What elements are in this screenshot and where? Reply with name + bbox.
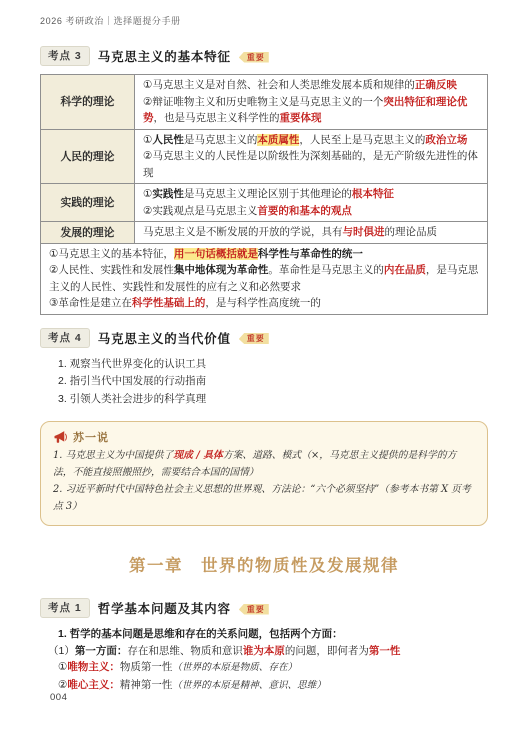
row-header: 科学的理论: [41, 75, 135, 130]
text-segment: 谁为本原: [243, 645, 285, 657]
text-segment: 物质第一性: [120, 661, 173, 673]
kaodian3-title: 马克思主义的基本特征: [98, 47, 231, 65]
table-row: 人民的理论 ①人民性是马克思主义的本质属性，人民至上是马克思主义的政治立场②马克…: [41, 129, 488, 184]
important-tag-icon: 重要: [239, 52, 269, 63]
kaodian4-badge: 考点 4: [40, 328, 90, 348]
su-yi-shuo-note-box: 苏一说 1. 马克思主义为中国提供了现成 / 具体方案、道路、模式（×，马克思主…: [40, 421, 488, 526]
kaodian3-badge: 考点 3: [40, 46, 90, 66]
text-segment: 实践性: [152, 188, 184, 200]
text-segment: ③革命性是建立在: [49, 297, 132, 309]
text-line: ①唯物主义：物质第一性（世界的本原是物质、存在）: [58, 659, 488, 677]
text-segment: 科学性基础上的: [132, 297, 206, 309]
text-segment: 用一句话概括就是: [174, 248, 258, 260]
text-segment: 1. 马克思主义为中国提供了: [53, 450, 173, 461]
list-item: 1. 观察当代世界变化的认识工具: [58, 356, 488, 374]
text-segment: 。革命性是马克思主义的: [268, 264, 384, 276]
text-line: ②马克思主义的人民性是以阶级性为深刻基础的，是无产阶级先进性的体现: [143, 148, 479, 181]
row-header: 人民的理论: [41, 129, 135, 184]
kaodian1-title: 哲学基本问题及其内容: [98, 599, 231, 617]
row-content: ①实践性是马克思主义理论区别于其他理论的根本特征②实践观点是马克思主义首要的和基…: [135, 184, 488, 222]
text-segment: 正确反映: [415, 79, 457, 91]
text-segment: 是马克思主义理论区别于其他理论的: [184, 188, 352, 200]
text-segment: 第一性: [369, 645, 401, 657]
text-segment: ①: [143, 188, 152, 200]
note-box-content: 1. 马克思主义为中国提供了现成 / 具体方案、道路、模式（×，马克思主义提供的…: [53, 448, 475, 515]
text-segment: 根本特征: [352, 188, 394, 200]
text-segment: 的理论品质: [385, 226, 438, 238]
list-item: 3. 引领人类社会进步的科学真理: [58, 391, 488, 409]
textbook-page: 2026 考研政治｜选择题提分手册 考点 3 马克思主义的基本特征 重要 科学的…: [0, 0, 525, 738]
text-segment: （世界的本原是精神、意识、思维）: [172, 680, 326, 691]
text-segment: 1. 哲学的基本问题是思维和存在的关系问题，包括两个方面：: [58, 628, 343, 640]
text-line: 马克思主义是不断发展的开放的学说，具有与时俱进的理论品质: [143, 224, 479, 241]
note-box-title: 苏一说: [73, 429, 109, 445]
chapter-title: 第一章 世界的物质性及发展规律: [40, 552, 488, 576]
text-line: ②辩证唯物主义和历史唯物主义是马克思主义的一个突出特征和理论优势，也是马克思主义…: [143, 94, 479, 127]
text-segment: 马克思主义是不断发展的开放的学说，具有: [143, 226, 343, 238]
text-segment: 政治立场: [425, 134, 467, 146]
running-header: 2026 考研政治｜选择题提分手册: [40, 14, 488, 27]
text-segment: 人民性: [152, 134, 184, 146]
kaodian1-heading: 考点 1 哲学基本问题及其内容 重要: [40, 598, 488, 618]
text-segment: 存在和思维、物质和意识: [127, 645, 243, 657]
text-segment: 第一方面：: [75, 645, 128, 657]
text-segment: 是马克思主义的: [184, 134, 258, 146]
text-segment: 与时俱进: [343, 226, 385, 238]
kaodian4-heading: 考点 4 马克思主义的当代价值 重要: [40, 328, 488, 348]
text-segment: 唯物主义：: [67, 661, 120, 673]
text-segment: （1）: [48, 645, 75, 657]
text-segment: 2. 习近平新时代中国特色社会主义思想的世界观、方法论：“六个必须坚持”（参考本…: [53, 484, 471, 512]
kaodian4-title: 马克思主义的当代价值: [98, 329, 231, 347]
text-line: ②唯心主义：精神第一性（世界的本原是精神、意识、思维）: [58, 677, 488, 695]
text-segment: 重要体现: [280, 112, 322, 124]
text-segment: ，也是马克思主义科学性的: [154, 112, 280, 124]
text-segment: ②: [58, 679, 67, 691]
text-segment: ②马克思主义的人民性是以阶级性为深刻基础的，是无产阶级先进性的体现: [143, 150, 478, 179]
note-box-header: 苏一说: [53, 429, 475, 445]
text-line: ①实践性是马克思主义理论区别于其他理论的根本特征: [143, 186, 479, 203]
text-line: ①马克思主义的基本特征，用一句话概括就是科学性与革命性的统一: [49, 246, 479, 263]
text-segment: ②实践观点是马克思主义: [143, 205, 257, 217]
table-row: 发展的理论 马克思主义是不断发展的开放的学说，具有与时俱进的理论品质: [41, 222, 488, 244]
text-segment: ②人民性、实践性和发展性: [49, 264, 174, 276]
row-content: ①人民性是马克思主义的本质属性，人民至上是马克思主义的政治立场②马克思主义的人民…: [135, 129, 488, 184]
text-line: ②人民性、实践性和发展性集中地体现为革命性。革命性是马克思主义的内在品质，是马克…: [49, 262, 479, 295]
text-segment: ②辩证唯物主义和历史唯物主义是马克思主义的一个: [143, 96, 383, 108]
text-segment: 精神第一性: [120, 679, 173, 691]
kaodian3-heading: 考点 3 马克思主义的基本特征 重要: [40, 46, 488, 66]
text-segment: ①: [143, 134, 152, 146]
text-segment: 的问题，即何者为: [285, 645, 369, 657]
text-segment: ①: [58, 661, 67, 673]
text-line: （1）第一方面：存在和思维、物质和意识谁为本原的问题，即何者为第一性: [48, 643, 488, 660]
text-segment: 集中地体现为革命性: [174, 264, 269, 276]
table-note-row: ①马克思主义的基本特征，用一句话概括就是科学性与革命性的统一②人民性、实践性和发…: [41, 243, 488, 314]
text-segment: 科学性与革命性的统一: [258, 248, 363, 260]
kaodian1-content: 1. 哲学的基本问题是思维和存在的关系问题，包括两个方面：（1）第一方面：存在和…: [58, 626, 488, 694]
text-segment: ，人民至上是马克思主义的: [299, 134, 425, 146]
row-content: ①马克思主义是对自然、社会和人类思维发展本质和规律的正确反映②辩证唯物主义和历史…: [135, 75, 488, 130]
features-table: 科学的理论 ①马克思主义是对自然、社会和人类思维发展本质和规律的正确反映②辩证唯…: [40, 74, 488, 315]
text-line: ③革命性是建立在科学性基础上的，是与科学性高度统一的: [49, 295, 479, 312]
row-content: 马克思主义是不断发展的开放的学说，具有与时俱进的理论品质: [135, 222, 488, 244]
row-header: 实践的理论: [41, 184, 135, 222]
text-segment: 现成 / 具体: [173, 450, 223, 461]
text-line: 2. 习近平新时代中国特色社会主义思想的世界观、方法论：“六个必须坚持”（参考本…: [53, 482, 475, 515]
text-segment: 内在品质: [384, 264, 426, 276]
megaphone-icon: [53, 430, 68, 445]
important-tag-icon: 重要: [239, 604, 269, 615]
value-list: 1. 观察当代世界变化的认识工具 2. 指引当代中国发展的行动指南 3. 引领人…: [40, 356, 488, 409]
text-line: ②实践观点是马克思主义首要的和基本的观点: [143, 203, 479, 220]
table-notes: ①马克思主义的基本特征，用一句话概括就是科学性与革命性的统一②人民性、实践性和发…: [41, 243, 488, 314]
text-segment: ①马克思主义是对自然、社会和人类思维发展本质和规律的: [143, 79, 415, 91]
text-line: ①人民性是马克思主义的本质属性，人民至上是马克思主义的政治立场: [143, 132, 479, 149]
text-segment: ①马克思主义的基本特征，: [49, 248, 174, 260]
text-line: ①马克思主义是对自然、社会和人类思维发展本质和规律的正确反映: [143, 77, 479, 94]
table-row: 科学的理论 ①马克思主义是对自然、社会和人类思维发展本质和规律的正确反映②辩证唯…: [41, 75, 488, 130]
text-line: 1. 哲学的基本问题是思维和存在的关系问题，包括两个方面：: [58, 626, 488, 643]
list-item: 2. 指引当代中国发展的行动指南: [58, 373, 488, 391]
text-line: 1. 马克思主义为中国提供了现成 / 具体方案、道路、模式（×，马克思主义提供的…: [53, 448, 475, 481]
table-row: 实践的理论 ①实践性是马克思主义理论区别于其他理论的根本特征②实践观点是马克思主…: [41, 184, 488, 222]
kaodian1-badge: 考点 1: [40, 598, 90, 618]
important-tag-icon: 重要: [239, 333, 269, 344]
text-segment: 本质属性: [257, 134, 299, 146]
text-segment: （世界的本原是物质、存在）: [172, 662, 297, 673]
text-segment: 唯心主义：: [67, 679, 120, 691]
text-segment: ，是与科学性高度统一的: [205, 297, 321, 309]
text-segment: 首要的和基本的观点: [257, 205, 352, 217]
page-number: 004: [50, 692, 67, 703]
row-header: 发展的理论: [41, 222, 135, 244]
